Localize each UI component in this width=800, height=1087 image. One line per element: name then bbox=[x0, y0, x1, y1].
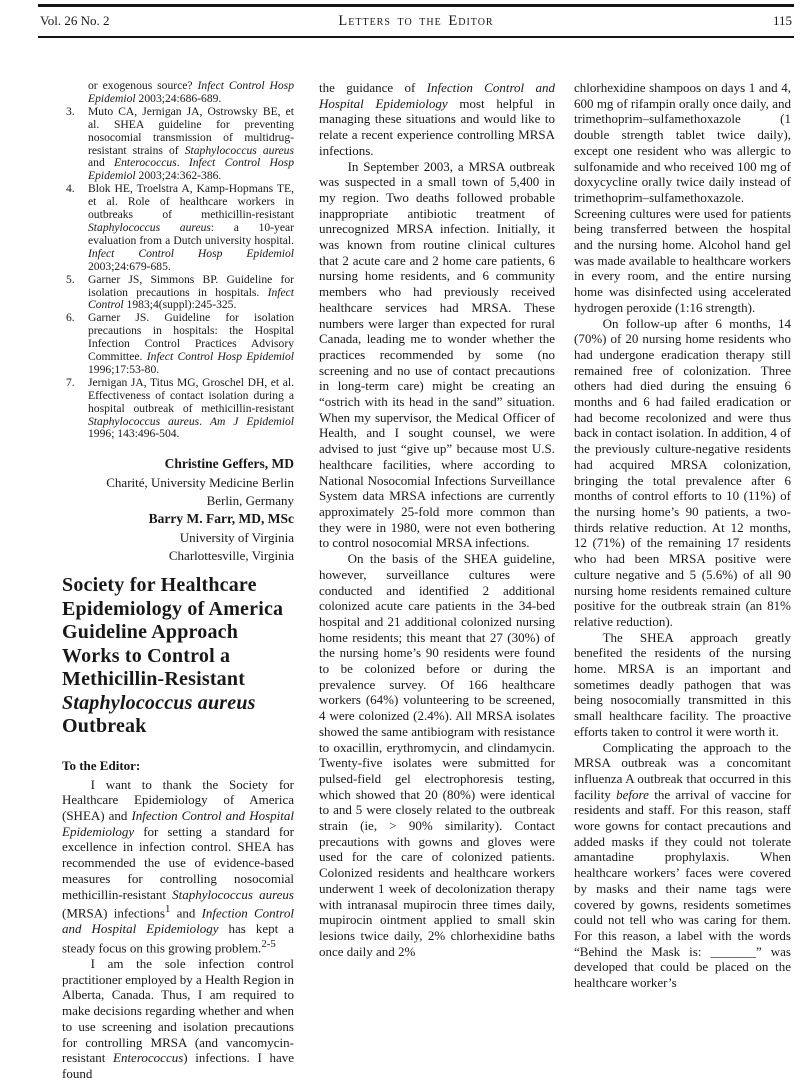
reference-continuation: or exogenous source? Infect Control Hosp… bbox=[62, 80, 294, 106]
reference-number: 5. bbox=[66, 274, 75, 287]
author-affiliation: Charlottesville, Virginia bbox=[62, 547, 294, 565]
letter-body-col2: the guidance of Infection Control and Ho… bbox=[319, 80, 555, 959]
page-header: Vol. 26 No. 2 Letters to the Editor 115 bbox=[38, 4, 794, 38]
page-number: 115 bbox=[494, 13, 792, 29]
reference-text: Blok HE, Troelstra A, Kamp-Hopmans TE, e… bbox=[88, 182, 294, 272]
paragraph: On follow-up after 6 months, 14 (70%) of… bbox=[574, 316, 791, 630]
paragraph: In September 2003, a MRSA outbreak was s… bbox=[319, 159, 555, 552]
section-running-title: Letters to the Editor bbox=[338, 13, 493, 30]
paragraph: Complicating the approach to the MRSA ou… bbox=[574, 740, 791, 991]
author-name: Christine Geffers, MD bbox=[62, 455, 294, 473]
column-2: the guidance of Infection Control and Ho… bbox=[319, 80, 555, 959]
author-affiliation: Berlin, Germany bbox=[62, 492, 294, 510]
journal-volume-issue: Vol. 26 No. 2 bbox=[40, 13, 338, 29]
reference-number: 7. bbox=[66, 377, 75, 390]
paragraph: the guidance of Infection Control and Ho… bbox=[319, 80, 555, 159]
column-1: or exogenous source? Infect Control Hosp… bbox=[62, 80, 294, 1082]
paragraph: I want to thank the Society for Healthca… bbox=[62, 777, 294, 956]
paragraph: I am the sole infection control practiti… bbox=[62, 956, 294, 1082]
author-affiliation: University of Virginia bbox=[62, 529, 294, 547]
letter-title: Society for Healthcare Epidemiology of A… bbox=[62, 574, 294, 739]
reference-item-7: 7. Jernigan JA, Titus MG, Groschel DH, e… bbox=[62, 377, 294, 442]
letter-body-col3: chlorhexidine shampoos on days 1 and 4, … bbox=[574, 80, 791, 991]
paragraph: The SHEA approach greatly benefited the … bbox=[574, 630, 791, 740]
header-bottom-rule bbox=[38, 36, 794, 38]
author-name: Barry M. Farr, MD, MSc bbox=[62, 510, 294, 528]
reference-text: Muto CA, Jernigan JA, Ostrowsky BE, et a… bbox=[88, 105, 294, 183]
reference-text: Jernigan JA, Titus MG, Groschel DH, et a… bbox=[88, 376, 294, 441]
reference-text: Garner JS. Guideline for isolation preca… bbox=[88, 311, 294, 376]
reference-item-3: 3. Muto CA, Jernigan JA, Ostrowsky BE, e… bbox=[62, 106, 294, 183]
paragraph: chlorhexidine shampoos on days 1 and 4, … bbox=[574, 80, 791, 316]
column-3: chlorhexidine shampoos on days 1 and 4, … bbox=[574, 80, 791, 991]
reference-item-6: 6. Garner JS. Guideline for isolation pr… bbox=[62, 312, 294, 377]
salutation: To the Editor: bbox=[62, 758, 294, 774]
letter-body-col1: I want to thank the Society for Healthca… bbox=[62, 777, 294, 1082]
reference-number: 6. bbox=[66, 312, 75, 325]
author-affiliation: Charité, University Medicine Berlin bbox=[62, 474, 294, 492]
signature-block: Christine Geffers, MD Charité, Universit… bbox=[62, 455, 294, 565]
reference-number: 4. bbox=[66, 183, 75, 196]
reference-item-4: 4. Blok HE, Troelstra A, Kamp-Hopmans TE… bbox=[62, 183, 294, 273]
reference-number: 3. bbox=[66, 106, 75, 119]
paragraph: On the basis of the SHEA guideline, howe… bbox=[319, 551, 555, 959]
reference-text: Garner JS, Simmons BP. Guideline for iso… bbox=[88, 273, 294, 312]
journal-page: { "header": { "volume": "Vol. 26 No. 2",… bbox=[0, 0, 800, 1087]
reference-item-5: 5. Garner JS, Simmons BP. Guideline for … bbox=[62, 274, 294, 313]
references-list: or exogenous source? Infect Control Hosp… bbox=[62, 80, 294, 441]
